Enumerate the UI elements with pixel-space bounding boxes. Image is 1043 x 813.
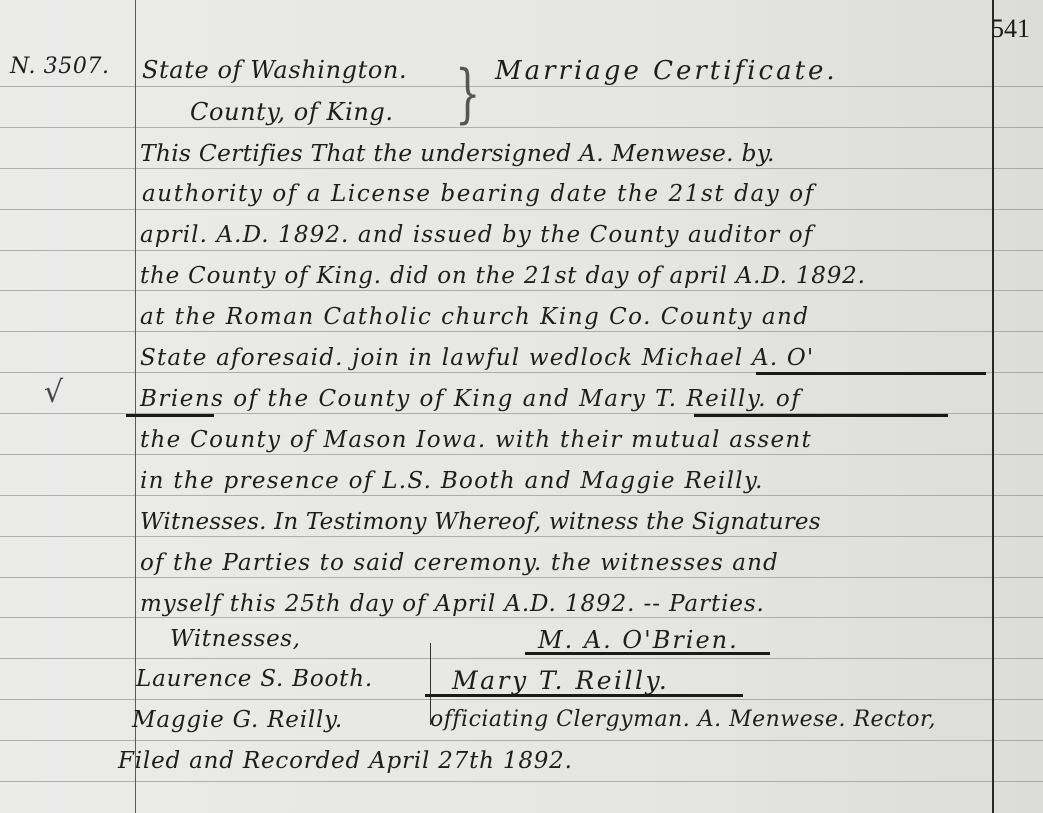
- party-2-signature: Mary T. Reilly.: [452, 668, 669, 693]
- body-line-2: authority of a License bearing date the …: [142, 183, 815, 206]
- ruled-line: [0, 290, 1043, 291]
- ruled-line: [0, 495, 1043, 496]
- ruled-line: [0, 454, 1043, 455]
- body-line-4: the County of King. did on the 21st day …: [140, 265, 866, 288]
- entry-number: N. 3507.: [10, 56, 110, 78]
- body-line-10: Witnesses. In Testimony Whereof, witness…: [140, 511, 821, 534]
- ruled-line: [0, 617, 1043, 618]
- body-line-12: myself this 25th day of April A.D. 1892.…: [140, 593, 765, 616]
- body-line-8: the County of Mason Iowa. with their mut…: [140, 429, 812, 452]
- ruled-line: [0, 658, 1043, 659]
- right-margin-rule: [992, 0, 994, 813]
- check-mark-icon: √: [44, 378, 64, 408]
- ruled-line: [0, 536, 1043, 537]
- ruled-line: [0, 86, 1043, 87]
- ledger-page: 541 N. 3507. √ State of Washington. } Co…: [0, 0, 1043, 813]
- ruled-line: [0, 209, 1043, 210]
- groom-surname-underline: [126, 414, 214, 417]
- witness-2-signature: Maggie G. Reilly.: [132, 709, 343, 732]
- witnesses-label: Witnesses,: [170, 628, 301, 651]
- officiant-signature: officiating Clergyman. A. Menwese. Recto…: [430, 709, 936, 731]
- groom-name-underline: [756, 372, 986, 375]
- filing-note: Filed and Recorded April 27th 1892.: [118, 750, 573, 773]
- header-county: County, of King.: [190, 100, 394, 124]
- ruled-line: [0, 127, 1043, 128]
- party-1-signature: M. A. O'Brien.: [538, 628, 739, 652]
- body-line-5: at the Roman Catholic church King Co. Co…: [140, 306, 810, 329]
- body-line-7: Briens of the County of King and Mary T.…: [140, 388, 801, 411]
- body-line-3: april. A.D. 1892. and issued by the Coun…: [140, 224, 813, 247]
- body-line-1: This Certifies That the undersigned A. M…: [140, 142, 775, 166]
- ruled-line: [0, 577, 1043, 578]
- body-line-6: State aforesaid. join in lawful wedlock …: [140, 347, 814, 370]
- ruled-line: [0, 781, 1043, 782]
- header-brace: }: [455, 62, 481, 126]
- bride-name-underline: [694, 414, 948, 417]
- body-line-9: in the presence of L.S. Booth and Maggie…: [140, 470, 764, 493]
- certificate-title: Marriage Certificate.: [495, 58, 838, 84]
- body-line-11: of the Parties to said ceremony. the wit…: [140, 552, 779, 575]
- ruled-line: [0, 250, 1043, 251]
- party-1-underline: [525, 652, 770, 655]
- header-state: State of Washington.: [142, 58, 407, 82]
- ruled-line: [0, 331, 1043, 332]
- witness-1-signature: Laurence S. Booth.: [136, 668, 373, 691]
- ruled-line: [0, 699, 1043, 700]
- page-number: 541: [991, 14, 1030, 44]
- ruled-line: [0, 168, 1043, 169]
- party-2-underline: [425, 694, 743, 697]
- ruled-line: [0, 740, 1043, 741]
